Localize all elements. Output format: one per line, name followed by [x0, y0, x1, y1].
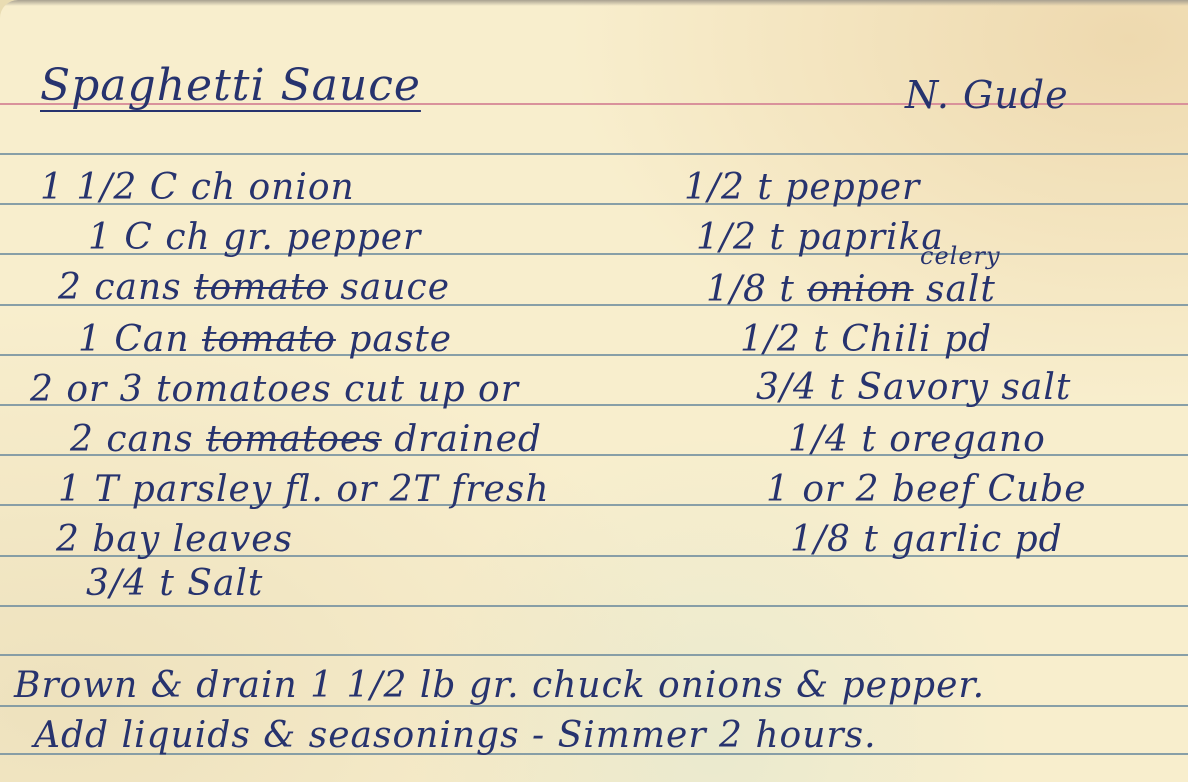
ingredient-bay-leaves: 2 bay leaves [56, 522, 293, 558]
ingredient-pepper: 1/2 t pepper [684, 170, 920, 206]
recipe-author: N. Gude [905, 76, 1069, 114]
card-edge-shadow [0, 0, 1188, 6]
ingredient-green-pepper: 1 C ch gr. pepper [88, 220, 421, 256]
ingredient-canned-tomatoes: 2 cans tomatoes drained [70, 422, 542, 458]
ingredient-beef-cube: 1 or 2 beef Cube [766, 472, 1087, 508]
ingredient-garlic-powder: 1/8 t garlic pd [790, 522, 1063, 558]
ingredient-oregano: 1/4 t oregano [788, 422, 1046, 458]
ingredient-fresh-tomatoes: 2 or 3 tomatoes cut up or [30, 372, 519, 408]
ingredient-parsley: 1 T parsley fl. or 2T fresh [58, 472, 550, 508]
recipe-title: Spaghetti Sauce [40, 64, 421, 108]
ruled-line [0, 654, 1188, 656]
struck-word: tomato [202, 319, 336, 360]
method-step-2: Add liquids & seasonings - Simmer 2 hour… [34, 718, 877, 754]
ingredient-celery-salt: 1/8 t onion salt [706, 272, 996, 308]
ingredient-tomato-paste: 1 Can tomato paste [78, 322, 452, 358]
ruled-line [0, 605, 1188, 607]
inserted-word: celery [920, 244, 1001, 268]
recipe-card: Spaghetti Sauce N. Gude 1 1/2 C ch onion… [0, 0, 1188, 782]
ingredient-tomato-sauce: 2 cans tomato sauce [58, 270, 450, 306]
ingredient-paprika: 1/2 t paprika [696, 220, 944, 256]
method-step-1: Brown & drain 1 1/2 lb gr. chuck onions … [14, 668, 985, 704]
ruled-line [0, 153, 1188, 155]
ingredient-onion: 1 1/2 C ch onion [40, 170, 355, 206]
ingredient-salt: 3/4 t Salt [86, 566, 263, 602]
struck-word: onion [807, 269, 913, 310]
struck-word: tomato [194, 267, 328, 308]
struck-word: tomatoes [206, 419, 382, 460]
ingredient-chili-powder: 1/2 t Chili pd [740, 322, 992, 358]
ingredient-savory-salt: 3/4 t Savory salt [756, 370, 1071, 406]
